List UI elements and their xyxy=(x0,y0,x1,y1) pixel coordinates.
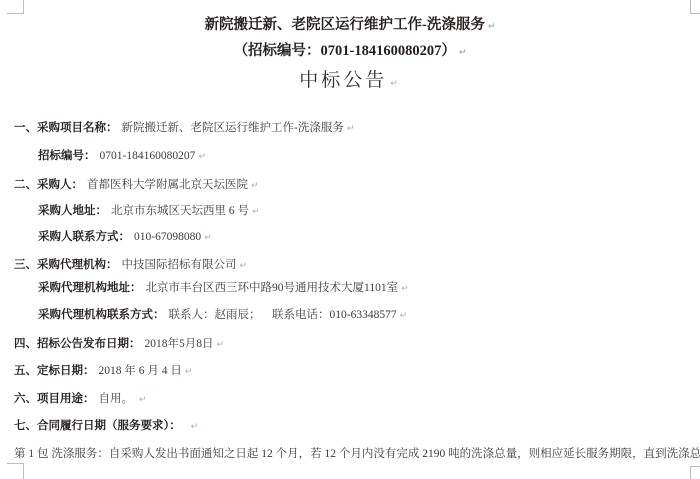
agency-address-line: 采购代理机构地址：北京市丰台区西三环中路90号通用技术大厦1101室↵ xyxy=(38,281,409,297)
field-label: 采购代理机构地址： xyxy=(38,282,142,294)
field-label: 四、招标公告发布日期： xyxy=(14,338,141,350)
paragraph-return-mark: ↵ xyxy=(136,395,147,405)
paragraph-return-mark: ↵ xyxy=(201,233,212,243)
page-margin-mark-bottom-left xyxy=(7,463,24,479)
paragraph-return-mark: ↵ xyxy=(248,181,259,191)
package1-service-line: 第 1 包 洗涤服务：自采购人发出书面通知之日起 12 个月，若 12 个月内没… xyxy=(14,447,700,463)
paragraph-return-mark: ↵ xyxy=(456,48,467,58)
field-value: 新院搬迁新、老院区运行维护工作-洗涤服务 xyxy=(118,122,344,134)
project-name-line: 一、采购项目名称：新院搬迁新、老院区运行维护工作-洗涤服务↵ xyxy=(14,121,354,137)
page-margin-mark-top-right xyxy=(690,0,700,14)
purchaser-address-line: 采购人地址：北京市东城区天坛西里 6 号↵ xyxy=(38,204,260,220)
field-label: 五、定标日期： xyxy=(14,365,95,377)
tender-number-title-text: （招标编号：0701-184160080207） xyxy=(234,43,456,59)
paragraph-return-mark: ↵ xyxy=(387,79,401,89)
agency-line: 三、采购代理机构：中技国际招标有限公司↵ xyxy=(14,258,247,274)
paragraph-return-mark: ↵ xyxy=(195,152,206,162)
paragraph-return-mark: ↵ xyxy=(344,124,355,134)
field-value: 第 1 包 洗涤服务：自采购人发出书面通知之日起 12 个月，若 12 个月内没… xyxy=(14,448,700,460)
field-value: 自用。 xyxy=(95,393,136,405)
field-label: 采购人联系方式： xyxy=(38,231,130,243)
field-value: 北京市丰台区西三环中路90号通用技术大厦1101室 xyxy=(142,282,399,294)
paragraph-return-mark: ↵ xyxy=(214,340,225,350)
field-label: 六、项目用途： xyxy=(14,393,95,405)
field-value: 中技国际招标有限公司 xyxy=(118,259,237,271)
award-announcement-heading: 中标公告↵ xyxy=(0,69,700,96)
purchaser-contact-line: 采购人联系方式：010-67098080↵ xyxy=(38,230,212,246)
page-margin-mark-top-left xyxy=(7,0,24,14)
field-label: 三、采购代理机构： xyxy=(14,259,118,271)
purchaser-line: 二、采购人：首都医科大学附属北京天坛医院↵ xyxy=(14,178,259,194)
project-usage-line: 六、项目用途：自用。 ↵ xyxy=(14,392,146,408)
paragraph-return-mark: ↵ xyxy=(182,367,193,377)
document-title-text: 新院搬迁新、老院区运行维护工作-洗涤服务 xyxy=(205,17,485,33)
field-value: 首都医科大学附属北京天坛医院 xyxy=(83,179,248,191)
field-label: 二、采购人： xyxy=(14,179,83,191)
announcement-date-line: 四、招标公告发布日期：2018年5月8日↵ xyxy=(14,337,224,353)
field-label: 招标编号： xyxy=(38,150,96,162)
field-value: 010-67098080 xyxy=(130,231,201,243)
page-margin-mark-bottom-right xyxy=(690,466,700,479)
tender-number-title: （招标编号：0701-184160080207）↵ xyxy=(0,43,700,62)
agency-contact-line: 采购代理机构联系方式：联系人：赵雨辰； 联系电话：010-63348577↵ xyxy=(38,308,407,324)
paragraph-return-mark: ↵ xyxy=(249,207,260,217)
field-value xyxy=(181,420,188,432)
field-value: 2018年5月8日 xyxy=(141,338,214,350)
field-label: 采购代理机构联系方式： xyxy=(38,309,165,321)
paragraph-return-mark: ↵ xyxy=(237,261,248,271)
field-value: 北京市东城区天坛西里 6 号 xyxy=(107,205,249,217)
award-announcement-heading-text: 中标公告 xyxy=(299,70,387,91)
contract-period-line: 七、合同履行日期（服务要求）： ↵ xyxy=(14,419,198,435)
paragraph-return-mark: ↵ xyxy=(397,311,408,321)
document-page: 新院搬迁新、老院区运行维护工作-洗涤服务↵ （招标编号：0701-1841600… xyxy=(0,0,700,479)
field-label: 一、采购项目名称： xyxy=(14,122,118,134)
paragraph-return-mark: ↵ xyxy=(398,284,409,294)
field-value: 2018 年 6 月 4 日 xyxy=(95,365,182,377)
paragraph-return-mark: ↵ xyxy=(188,422,199,432)
paragraph-return-mark: ↵ xyxy=(485,22,496,32)
field-label: 采购人地址： xyxy=(38,205,107,217)
document-title: 新院搬迁新、老院区运行维护工作-洗涤服务↵ xyxy=(0,17,700,36)
field-value: 联系人：赵雨辰； 联系电话：010-63348577 xyxy=(165,309,397,321)
field-value: 0701-184160080207 xyxy=(96,150,196,162)
tender-number-line: 招标编号：0701-184160080207↵ xyxy=(38,149,206,165)
award-date-line: 五、定标日期：2018 年 6 月 4 日↵ xyxy=(14,364,192,380)
field-label: 七、合同履行日期（服务要求）： xyxy=(14,420,181,432)
